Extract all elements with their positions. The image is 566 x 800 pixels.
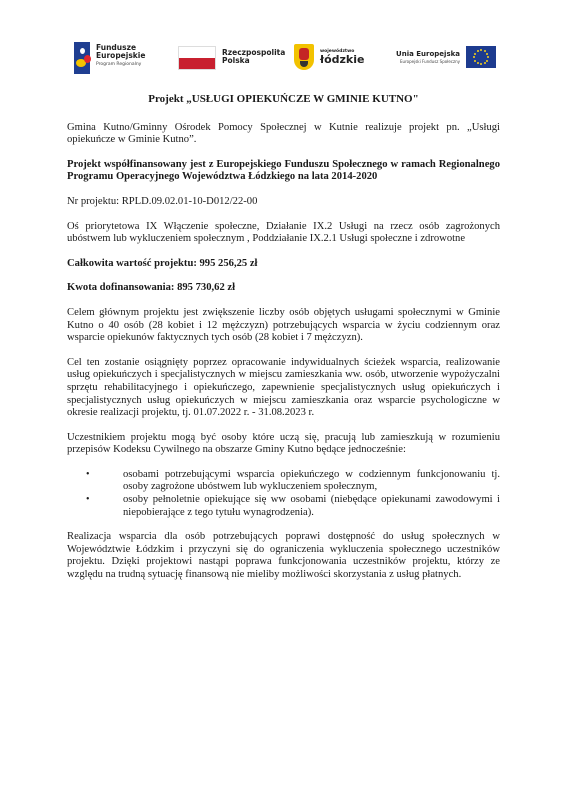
fundusze-europejskie-icon [74,42,90,74]
eu-star-icon [474,60,476,62]
eu-flag-icon [466,46,496,68]
goal-paragraph: Celem głównym projektu jest zwiększenie … [67,307,500,345]
cofinancing-statement: Projekt współfinansowany jest z Europejs… [67,159,500,184]
eu-star-icon [484,50,486,52]
fe-line2: Europejskie [96,52,145,60]
list-item: osobami potrzebującymi wsparcia opiekuńc… [123,469,500,494]
logo-bar: Fundusze Europejskie Program Regionalny … [74,40,494,76]
ue-line1: Unia Europejska [396,50,460,58]
intro-paragraph: Gmina Kutno/Gminny Ośrodek Pomocy Społec… [67,122,500,147]
eu-star-icon [486,60,488,62]
eu-star-icon [480,49,482,51]
unia-europejska-logo: Unia Europejska Europejski Fundusz Społe… [380,40,496,76]
document-body: Projekt „USŁUGI OPIEKUŃCZE W GMINIE KUTN… [67,93,500,582]
priority-axis: Oś priorytetowa IX Włączenie społeczne, … [67,221,500,246]
rzeczpospolita-polska-logo: Rzeczpospolita Polska [178,40,278,76]
document-title: Projekt „USŁUGI OPIEKUŃCZE W GMINIE KUTN… [67,93,500,106]
eu-star-icon [480,63,482,65]
rp-line2: Polska [222,57,250,65]
fe-line3: Program Regionalny [96,62,141,67]
wojewodztwo-lodzkie-logo: województwo łódzkie [294,40,384,76]
polish-flag-icon [178,46,216,70]
conclusion-paragraph: Realizacja wsparcia dla osób potrzebując… [67,531,500,581]
eu-star-icon [474,53,476,55]
fundusze-europejskie-logo: Fundusze Europejskie Program Regionalny [74,40,174,76]
funding-amount: Kwota dofinansowania: 895 730,62 zł [67,282,500,295]
eu-star-icon [487,56,489,58]
eu-star-icon [473,56,475,58]
means-paragraph: Cel ten zostanie osiągnięty poprzez opra… [67,357,500,420]
project-number: Nr projektu: RPLD.09.02.01-10-D012/22-00 [67,196,500,209]
eu-star-icon [486,53,488,55]
ue-line2: Europejski Fundusz Społeczny [400,59,460,64]
participants-intro: Uczestnikiem projektu mogą być osoby któ… [67,432,500,457]
total-value: Całkowita wartość projektu: 995 256,25 z… [67,258,500,271]
wl-line2: łódzkie [320,54,364,66]
eu-star-icon [484,62,486,64]
lodzkie-coat-of-arms-icon [294,44,314,70]
participants-list: osobami potrzebującymi wsparcia opiekuńc… [67,469,500,519]
eu-star-icon [477,50,479,52]
eu-star-icon [477,62,479,64]
list-item: osoby pełnoletnie opiekujące się ww osob… [123,494,500,519]
